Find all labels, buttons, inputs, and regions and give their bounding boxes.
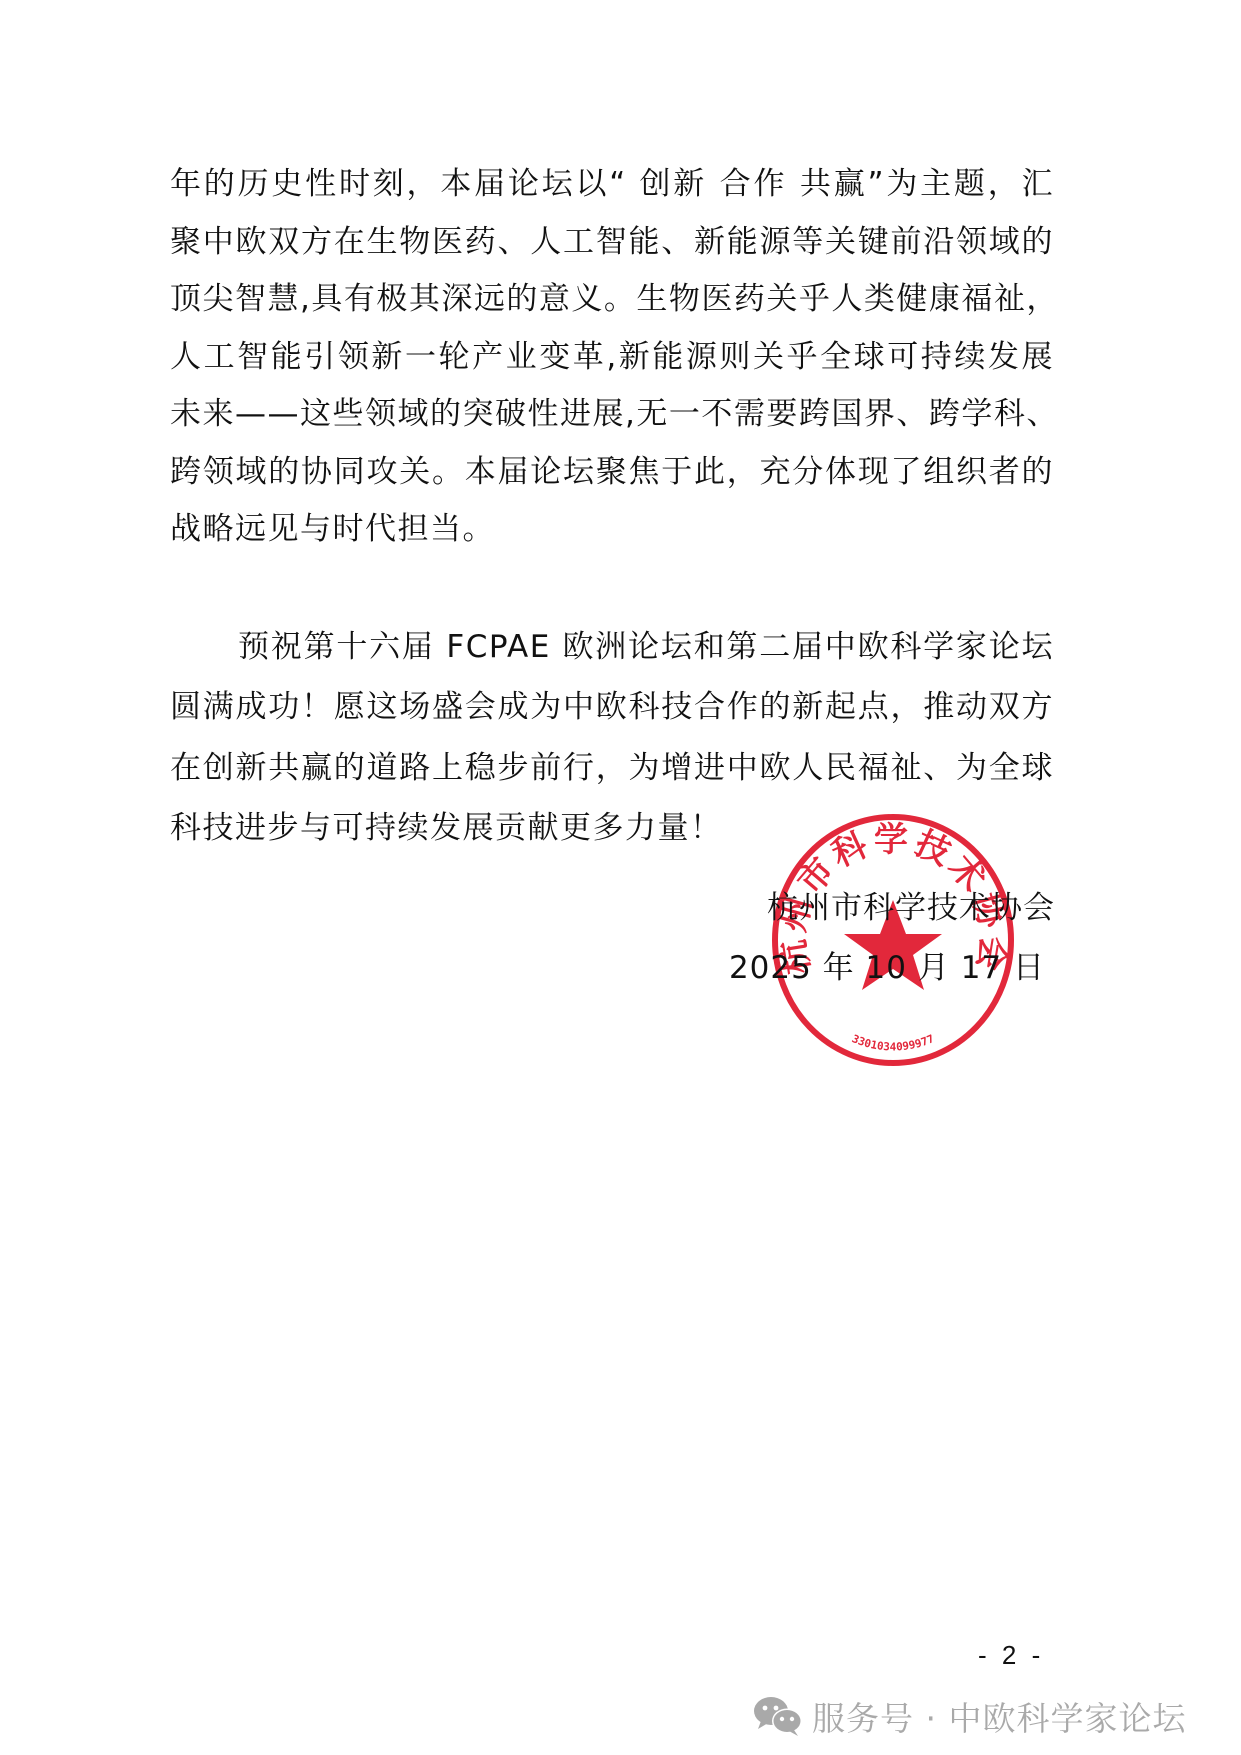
watermark-text: 服务号 · 中欧科学家论坛 [812, 1693, 1186, 1740]
paragraph-1-line-3: 顶尖智慧,具有极其深远的意义。生物医药关乎人类健康福祉， [170, 281, 1054, 317]
paragraph-1-line-1: 年的历史性时刻，本届论坛以“ 创新 合作 共赢”为主题，汇 [170, 166, 1054, 202]
document-page: 年的历史性时刻，本届论坛以“ 创新 合作 共赢”为主题，汇 聚中欧双方在生物医药… [0, 0, 1241, 1755]
paragraph-2-line-2: 圆满成功！愿这场盛会成为中欧科技合作的新起点，推动双方 [170, 689, 1054, 725]
paragraph-1-line-5: 未来——这些领域的突破性进展,无一不需要跨国界、跨学科、 [170, 396, 1054, 432]
signature-organization: 杭州市科学技术协会 [767, 890, 1055, 926]
paragraph-1-line-2: 聚中欧双方在生物医药、人工智能、新能源等关键前沿领域的 [170, 224, 1054, 260]
svg-text:3301034099977: 3301034099977 [850, 1032, 936, 1053]
wechat-watermark: 服务号 · 中欧科学家论坛 [752, 1692, 1186, 1740]
paragraph-1-line-7: 战略远见与时代担当。 [170, 511, 495, 547]
signature-date: 2025 年 10 月 17 日 [729, 950, 1045, 986]
paragraph-1-line-4: 人工智能引领新一轮产业变革,新能源则关乎全球可持续发展 [170, 339, 1054, 375]
paragraph-2-line-4: 科技进步与可持续发展贡献更多力量！ [170, 810, 723, 846]
official-seal: 杭州市科学技术协会 3301034099977 [768, 812, 1018, 1068]
page-number: - 2 - [978, 1640, 1044, 1670]
paragraph-1-line-6: 跨领域的协同攻关。本届论坛聚焦于此，充分体现了组织者的 [170, 454, 1054, 490]
paragraph-2-line-1: 预祝第十六届 FCPAE 欧洲论坛和第二届中欧科学家论坛 [238, 629, 1054, 665]
seal-number: 3301034099977 [850, 1032, 936, 1053]
paragraph-2-line-3: 在创新共赢的道路上稳步前行，为增进中欧人民福祉、为全球 [170, 750, 1054, 786]
wechat-icon [752, 1694, 804, 1738]
